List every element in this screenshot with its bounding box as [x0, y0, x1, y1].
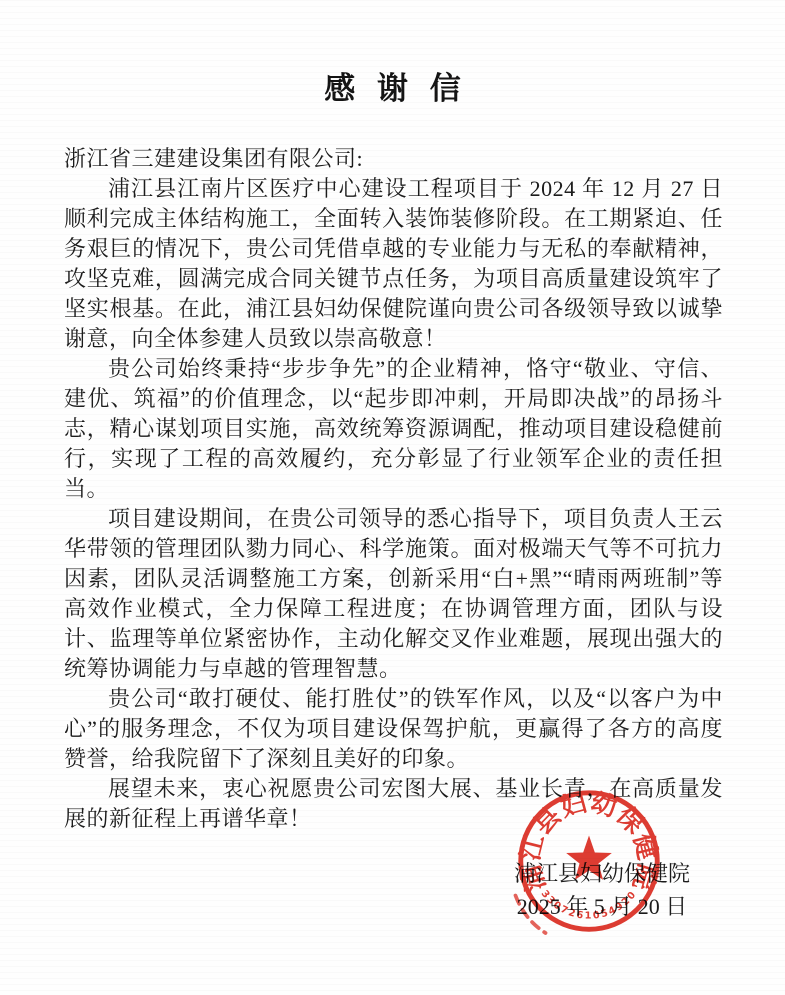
letter-paragraph-4: 贵公司“敢打硬仗、能打胜仗”的铁军作风，以及“以客户为中心”的服务理念，不仅为项…	[64, 684, 723, 774]
letter-paragraph-3: 项目建设期间，在贵公司领导的悉心指导下，项目负责人王云华带领的管理团队勠力同心、…	[64, 504, 723, 684]
recipient-salutation: 浙江省三建建设集团有限公司:	[64, 144, 723, 174]
signature-organization: 浦江县妇幼保健院	[514, 857, 690, 890]
letter-paragraph-1: 浦江县江南片区医疗中心建设工程项目于 2024 年 12 月 27 日顺利完成主…	[64, 174, 723, 354]
letter-title: 感 谢 信	[64, 72, 723, 106]
thank-you-letter-page: 感 谢 信 浙江省三建建设集团有限公司: 浦江县江南片区医疗中心建设工程项目于 …	[0, 0, 785, 995]
signature-block: 浦江县妇幼保健院 2025 年 5 月 20 日	[64, 857, 723, 923]
signature-date: 2025 年 5 月 20 日	[514, 890, 690, 923]
letter-paragraph-2: 贵公司始终秉持“步步争先”的企业精神，恪守“敬业、守信、建优、筑福”的价值理念，…	[64, 354, 723, 504]
letter-paragraph-5: 展望未来，衷心祝愿贵公司宏图大展、基业长青，在高质量发展的新征程上再谱华章！	[64, 774, 723, 834]
